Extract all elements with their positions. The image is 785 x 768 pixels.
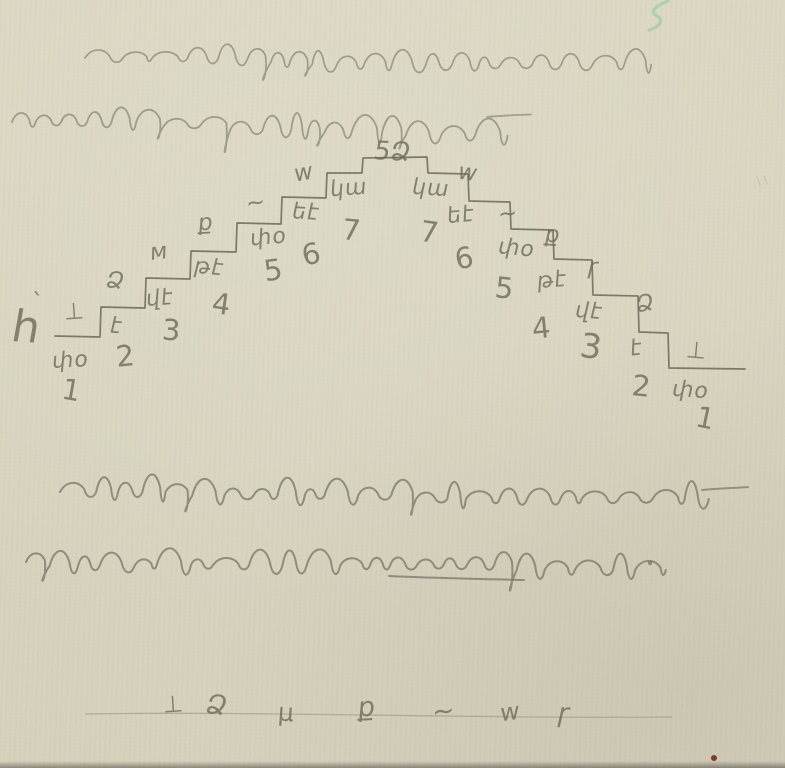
bottom-line-glyph-5: ~ bbox=[431, 697, 456, 726]
step-number-asc-7: 7 bbox=[341, 215, 362, 246]
step-number-desc-4: 4 bbox=[531, 313, 552, 344]
cursive-title-line-1 bbox=[85, 44, 651, 80]
cursive-caption-line-2 bbox=[26, 548, 666, 590]
step-syllable-desc-4: թէ bbox=[536, 269, 567, 293]
step-letter-desc-1: ⊥ bbox=[685, 339, 707, 364]
dash-after-caption bbox=[702, 487, 748, 490]
scan-edge-shadow bbox=[0, 761, 785, 768]
step-syllable-asc-1: փօ bbox=[51, 349, 90, 373]
step-syllable-desc-2: է bbox=[629, 337, 642, 360]
step-syllable-asc-3: վէ bbox=[145, 287, 174, 311]
bottom-line-glyph-3: μ bbox=[277, 699, 295, 725]
step-syllable-desc-1: փօ bbox=[670, 379, 711, 403]
bottom-line-glyph-1: ⊥ bbox=[162, 693, 184, 717]
step-number-desc-5: 5 bbox=[494, 273, 515, 304]
step-syllable-asc-7: կա bbox=[329, 177, 368, 202]
step-syllable-desc-6: եէ bbox=[446, 204, 474, 229]
step-letter-asc-6: w bbox=[294, 160, 313, 186]
step-syllable-asc-6: եէ bbox=[290, 201, 322, 225]
step-number-asc-5: 5 bbox=[262, 255, 284, 286]
step-letter-asc-3: м bbox=[150, 240, 168, 265]
handwriting-svg bbox=[0, 0, 785, 768]
step-syllable-asc-5: փօ bbox=[249, 225, 287, 250]
bottom-line-glyph-6: w bbox=[500, 699, 519, 726]
step-letter-asc-1: ⊥ bbox=[63, 300, 85, 324]
step-number-asc-3: 3 bbox=[161, 315, 181, 345]
bottom-line-glyph-4: ք bbox=[357, 693, 377, 721]
step-letter-desc-2: Ձ bbox=[636, 292, 653, 318]
peak-label: 5Ձ bbox=[372, 138, 412, 166]
step-syllable-desc-3: վէ bbox=[573, 300, 605, 324]
margin-tick-marks bbox=[757, 176, 767, 185]
step-letter-desc-5: ~ bbox=[497, 202, 519, 227]
period-dot bbox=[648, 561, 652, 565]
step-number-asc-2: 2 bbox=[115, 341, 136, 372]
step-syllable-asc-4: թէ bbox=[191, 256, 226, 281]
manuscript-page: հ ՝ ⊥ Ձ м ք ~ w 5Ձ փօ է վէ թէ փօ եէ կա 1… bbox=[0, 0, 785, 768]
step-syllable-desc-5: փօ bbox=[495, 236, 537, 261]
cursive-title-line-2 bbox=[12, 107, 508, 152]
step-letter-asc-5: ~ bbox=[244, 191, 266, 216]
cursive-caption-line-1 bbox=[60, 474, 709, 514]
underline-stroke bbox=[389, 576, 524, 580]
left-margin-accent: ՝ bbox=[34, 292, 39, 315]
step-number-desc-2: 2 bbox=[631, 371, 652, 402]
step-syllable-desc-7: կա bbox=[410, 177, 452, 201]
green-crayon-mark bbox=[649, 1, 668, 30]
dash-after-title bbox=[487, 115, 531, 118]
step-letter-asc-4: ք bbox=[197, 212, 214, 236]
